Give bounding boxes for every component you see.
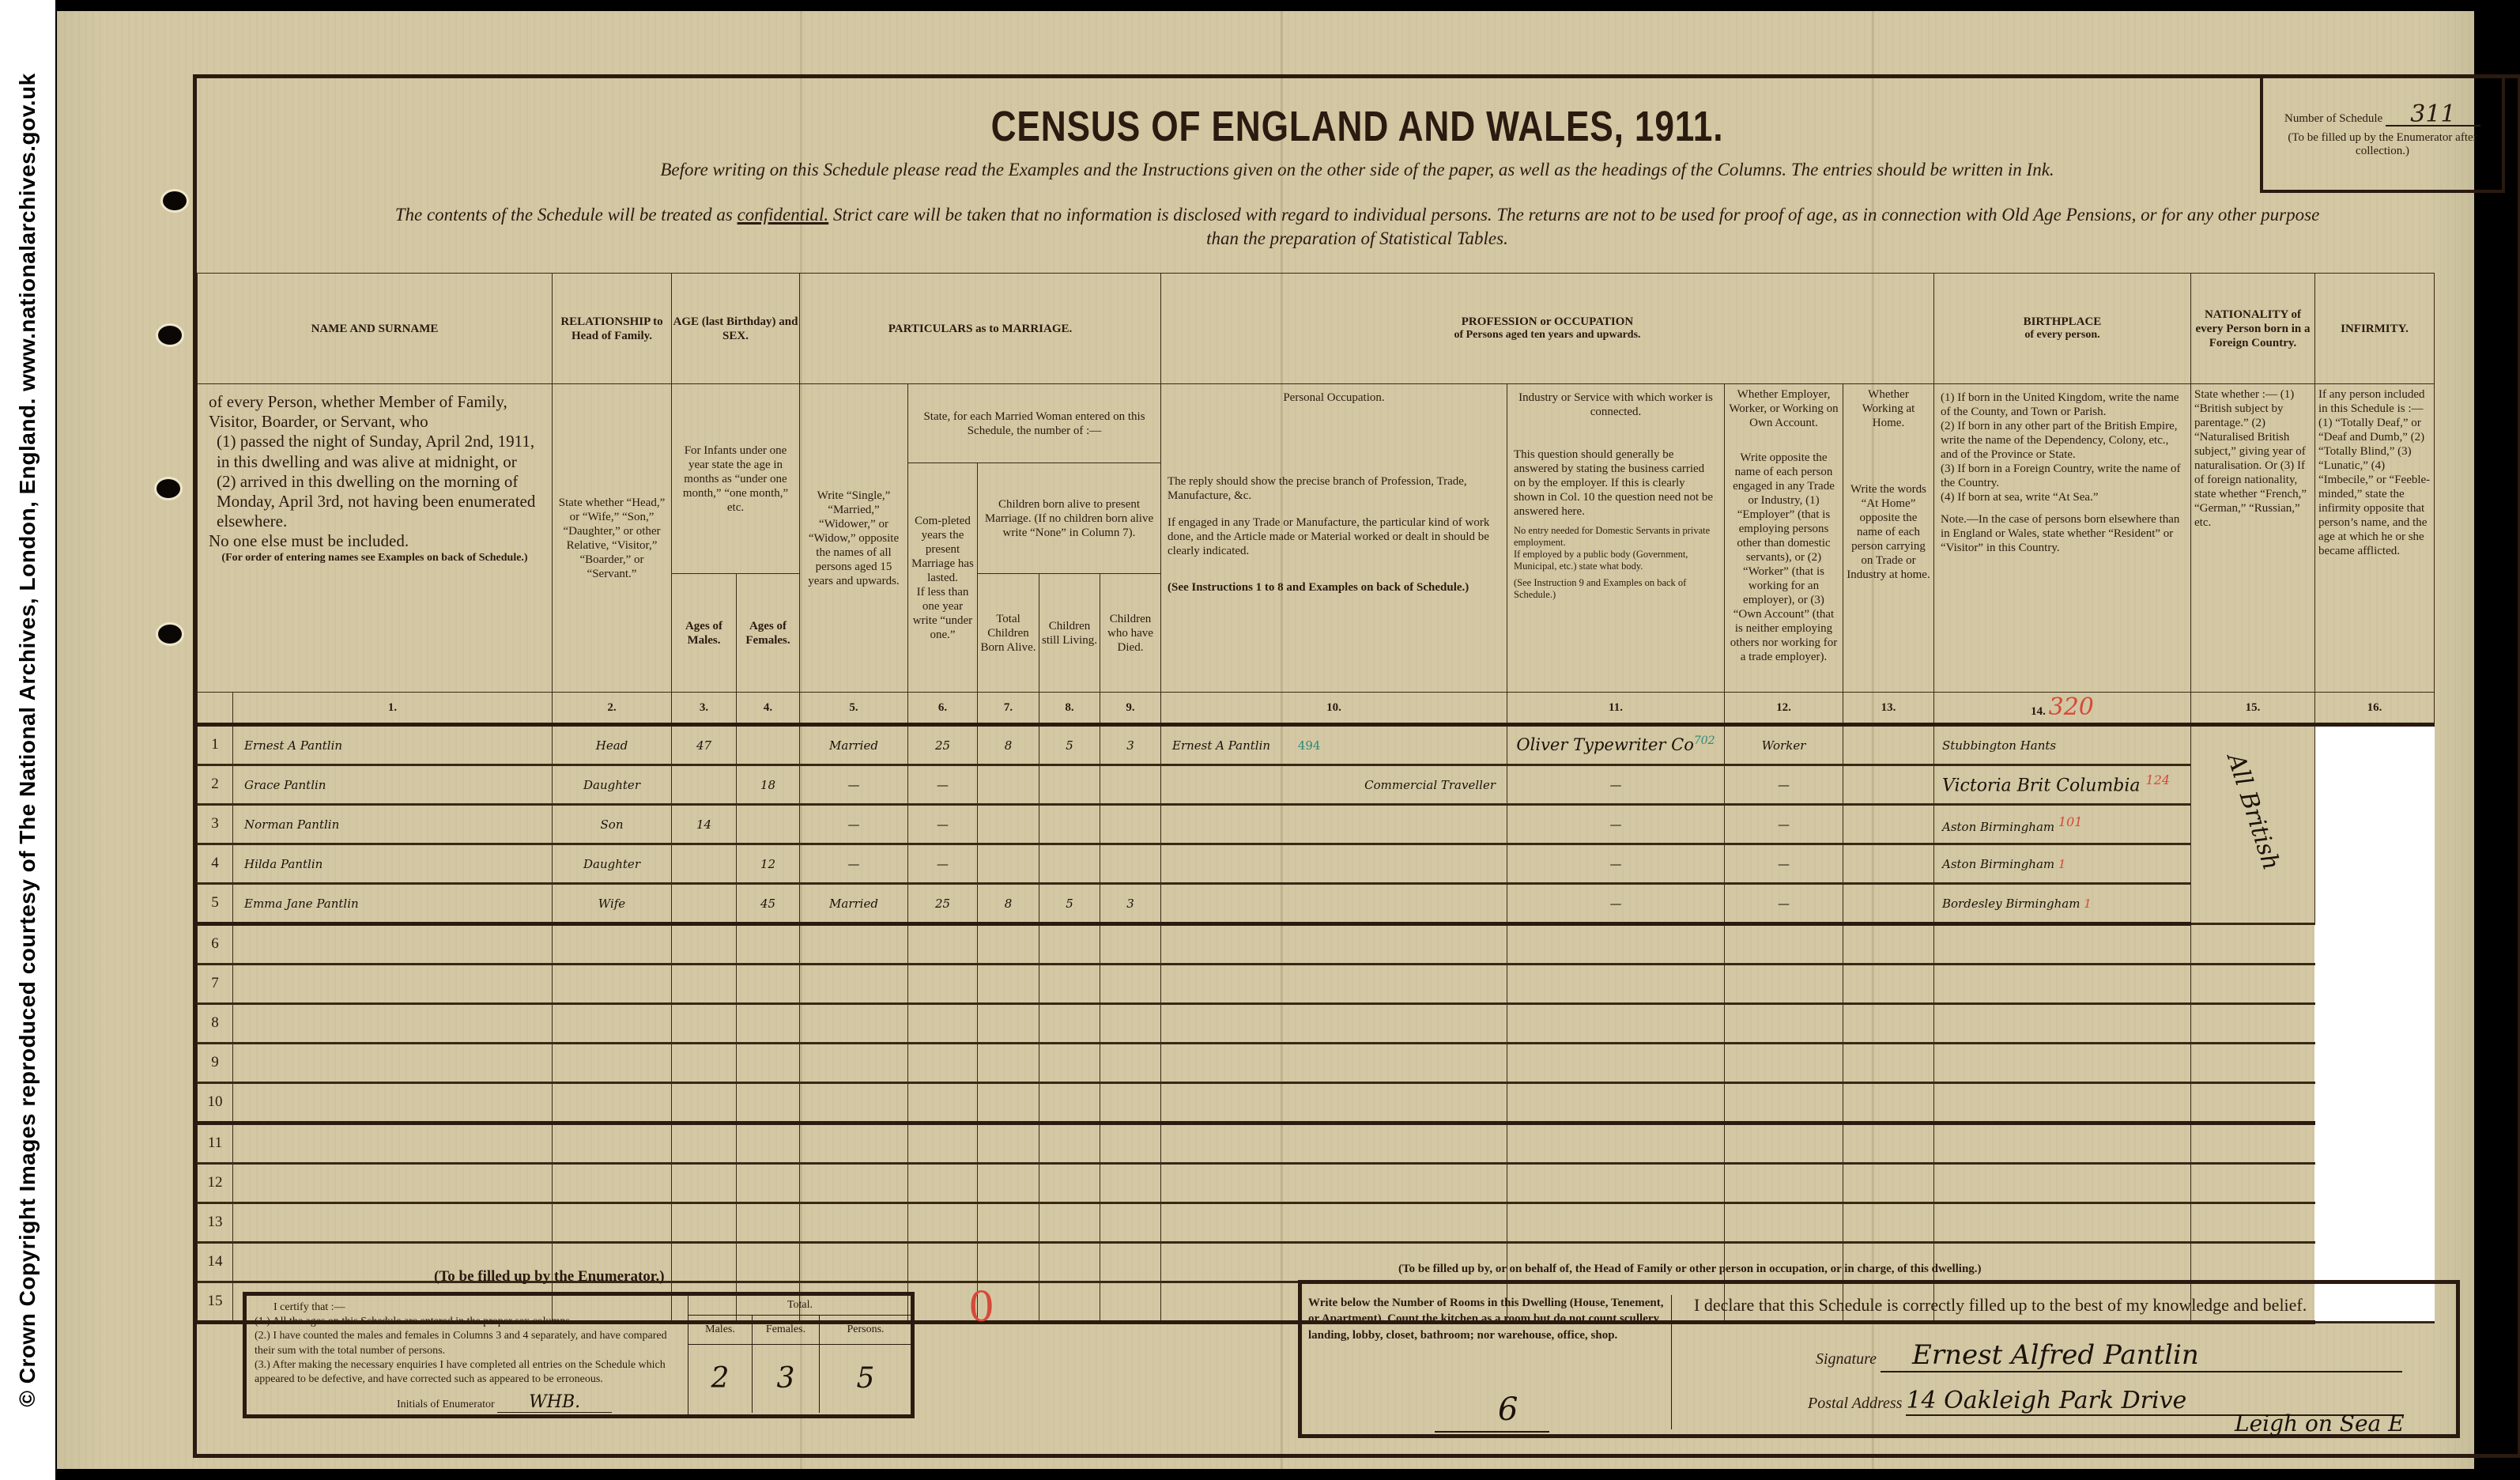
copyright-strip: © Crown Copyright Images reproduced cour… [0, 0, 55, 1480]
employer-cell[interactable]: — [1725, 844, 1843, 884]
desc-children-living: Children still Living. [1039, 574, 1100, 693]
years-married-cell[interactable]: — [908, 805, 978, 844]
home-cell[interactable] [1843, 884, 1934, 924]
desc-nationality: State whether :— (1) “British subject by… [2191, 384, 2315, 693]
punch-hole-icon [158, 326, 182, 345]
table-row: 13 [198, 1203, 2435, 1243]
occupation-cell[interactable]: Ernest A Pantlin 494 [1161, 725, 1507, 765]
desc-infirmity: If any person included in this Schedule … [2315, 384, 2435, 693]
age-female-cell[interactable] [737, 725, 800, 765]
punch-hole-icon [157, 479, 180, 498]
home-cell[interactable] [1843, 844, 1934, 884]
birthplace-code: 101 [2058, 814, 2083, 829]
children-living-cell[interactable] [1039, 805, 1100, 844]
children-living-cell[interactable]: 5 [1039, 725, 1100, 765]
name-cell[interactable] [233, 965, 553, 1004]
name-cell[interactable]: Hilda Pantlin [233, 844, 553, 884]
home-cell[interactable] [1843, 725, 1934, 765]
total-persons[interactable]: 5 [820, 1345, 911, 1413]
condition-cell[interactable]: Married [800, 725, 908, 765]
schedule-frame: CENSUS OF ENGLAND AND WALES, 1911. Befor… [193, 74, 2520, 1458]
industry-cell[interactable]: — [1507, 765, 1725, 805]
name-cell[interactable] [233, 1004, 553, 1044]
children-died-cell[interactable]: 3 [1100, 884, 1161, 924]
children-born-cell[interactable]: 8 [978, 725, 1039, 765]
children-born-cell[interactable] [978, 805, 1039, 844]
total-males[interactable]: 2 [688, 1345, 753, 1413]
desc-children-born: Children born alive to present Marriage.… [978, 463, 1161, 574]
redacted-infirmity-column [2315, 725, 2435, 1323]
table-row: 12 [198, 1164, 2435, 1203]
table-row: 8 [198, 1004, 2435, 1044]
enumerator-initials[interactable]: WHB. [497, 1392, 612, 1413]
total-females[interactable]: 3 [753, 1345, 820, 1413]
relationship-cell[interactable]: Head [553, 725, 672, 765]
relationship-cell[interactable]: Wife [553, 884, 672, 924]
children-died-cell[interactable] [1100, 805, 1161, 844]
table-row: 7 [198, 965, 2435, 1004]
header-birthplace: BIRTHPLACEof every person. [1934, 274, 2191, 384]
name-cell[interactable] [233, 1164, 553, 1203]
condition-cell[interactable]: — [800, 805, 908, 844]
address-field-2[interactable]: Leigh on Sea E [2235, 1410, 2405, 1437]
name-cell[interactable]: Grace Pantlin [233, 765, 553, 805]
column-number-row: 1. 2. 3. 4. 5. 6. 7. 8. 9. 10. 11. 12. 1… [198, 693, 2435, 725]
rooms-instruction: Write below the Number of Rooms in this … [1308, 1295, 1672, 1429]
name-cell[interactable]: Emma Jane Pantlin [233, 884, 553, 924]
name-cell[interactable] [233, 1044, 553, 1083]
table-row: 2 Grace Pantlin Daughter 18 — — Commerci… [198, 765, 2435, 805]
condition-cell[interactable]: Married [800, 884, 908, 924]
punch-hole-icon [158, 625, 182, 644]
table-row: 5 Emma Jane Pantlin Wife 45 Married 25 8… [198, 884, 2435, 924]
desc-industry: Industry or Service with which worker is… [1507, 384, 1725, 693]
age-male-cell[interactable] [672, 844, 737, 884]
desc-ages-males: Ages of Males. [672, 574, 737, 693]
table-row: 3 Norman Pantlin Son 14 — — — — Aston Bi… [198, 805, 2435, 844]
children-died-cell[interactable] [1100, 765, 1161, 805]
desc-condition: Write “Single,” “Married,” “Widower,” or… [800, 384, 908, 693]
employer-cell[interactable]: Worker [1725, 725, 1843, 765]
table-row: 6 [198, 924, 2435, 965]
children-born-cell[interactable]: 8 [978, 884, 1039, 924]
copyright-text: © Crown Copyright Images reproduced cour… [15, 73, 40, 1406]
confidential-text-line2: than the preparation of Statistical Tabl… [197, 228, 2518, 249]
condition-cell[interactable]: — [800, 844, 908, 884]
punch-hole-icon [163, 191, 187, 210]
census-schedule-paper: CENSUS OF ENGLAND AND WALES, 1911. Befor… [57, 11, 2474, 1469]
children-living-cell[interactable] [1039, 765, 1100, 805]
age-male-cell[interactable]: 14 [672, 805, 737, 844]
industry-cell[interactable]: — [1507, 805, 1725, 844]
years-married-cell[interactable]: 25 [908, 725, 978, 765]
occupation-code: 494 [1298, 738, 1321, 753]
age-female-cell[interactable] [737, 805, 800, 844]
header-name: NAME AND SURNAME [198, 274, 553, 384]
name-cell[interactable] [233, 924, 553, 965]
children-living-cell[interactable]: 5 [1039, 884, 1100, 924]
children-living-cell[interactable] [1039, 844, 1100, 884]
employer-cell[interactable]: — [1725, 765, 1843, 805]
page-title: CENSUS OF ENGLAND AND WALES, 1911. [406, 102, 2309, 151]
industry-cell[interactable]: Oliver Typewriter Co702 [1507, 725, 1725, 765]
header-age: AGE (last Birthday) and SEX. [672, 274, 800, 384]
occupation-cell[interactable] [1161, 805, 1507, 844]
home-cell[interactable] [1843, 765, 1934, 805]
birthplace-cell[interactable]: Stubbington Hants [1934, 725, 2191, 765]
totals-table: Total. Males. Females. Persons. 2 3 5 [688, 1296, 911, 1414]
condition-cell[interactable]: — [800, 765, 908, 805]
relationship-cell[interactable]: Son [553, 805, 672, 844]
age-male-cell[interactable] [672, 765, 737, 805]
desc-birthplace: (1) If born in the United Kingdom, write… [1934, 384, 2191, 693]
header-nationality: NATIONALITY of every Person born in a Fo… [2191, 274, 2315, 384]
household-heading: (To be filled up by, or on behalf of, th… [1398, 1263, 1982, 1276]
instruction-text: Before writing on this Schedule please r… [197, 160, 2518, 180]
years-married-cell[interactable]: 25 [908, 884, 978, 924]
birthplace-cell[interactable]: Bordesley Birmingham 1 [1934, 884, 2191, 924]
age-female-cell[interactable]: 12 [737, 844, 800, 884]
desc-children-died: Children who have Died. [1100, 574, 1161, 693]
confidential-word: confidential. [738, 205, 829, 225]
age-male-cell[interactable]: 47 [672, 725, 737, 765]
home-cell[interactable] [1843, 805, 1934, 844]
desc-home: Whether Working at Home. Write the words… [1843, 384, 1934, 693]
occupation-cell[interactable] [1161, 884, 1507, 924]
rooms-count[interactable]: 6 [1435, 1388, 1549, 1433]
employer-cell[interactable]: — [1725, 884, 1843, 924]
industry-code: 702 [1694, 734, 1715, 747]
schedule-number-box: Number of Schedule 311 (To be filled up … [2260, 74, 2505, 193]
header-profession: PROFESSION or OCCUPATIONof Persons aged … [1161, 274, 1934, 384]
desc-total-children: Total Children Born Alive. [978, 574, 1039, 693]
birthplace-annotation: 320 [2049, 693, 2094, 721]
birthplace-cell[interactable]: Aston Birmingham 1 [1934, 844, 2191, 884]
industry-cell[interactable]: — [1507, 884, 1725, 924]
industry-cell[interactable]: — [1507, 844, 1725, 884]
name-cell[interactable]: Norman Pantlin [233, 805, 553, 844]
header-marriage: PARTICULARS as to MARRIAGE. [800, 274, 1161, 384]
relationship-cell[interactable]: Daughter [553, 844, 672, 884]
name-cell[interactable] [233, 1123, 553, 1164]
table-row: 1 Ernest A Pantlin Head 47 Married 25 8 … [198, 725, 2435, 765]
signature-line: Signature Ernest Alfred Pantlin [1816, 1339, 2432, 1372]
nationality-cell[interactable]: All British [2191, 725, 2315, 924]
birthplace-cell[interactable]: Victoria Brit Columbia 124 [1934, 765, 2191, 805]
years-married-cell[interactable]: — [908, 844, 978, 884]
age-male-cell[interactable] [672, 884, 737, 924]
signature-field[interactable]: Ernest Alfred Pantlin [1881, 1339, 2402, 1372]
birthplace-code: 1 [2058, 857, 2066, 871]
relationship-cell[interactable]: Daughter [553, 765, 672, 805]
desc-completed-years: Com-pleted years the present Marriage ha… [908, 463, 978, 693]
name-cell[interactable] [233, 1083, 553, 1123]
employer-cell[interactable]: — [1725, 805, 1843, 844]
declaration-text: I declare that this Schedule is correctl… [1694, 1295, 2307, 1316]
enumerator-certificate-box: I certify that :— (1.) All the ages on t… [243, 1292, 915, 1418]
header-relationship: RELATIONSHIP to Head of Family. [553, 274, 672, 384]
desc-name: of every Person, whether Member of Famil… [198, 384, 553, 693]
name-cell[interactable] [233, 1203, 553, 1243]
desc-personal-occupation: Personal Occupation. The reply should sh… [1161, 384, 1507, 693]
enumerator-heading: (To be filled up by the Enumerator.) [434, 1268, 665, 1286]
birthplace-code: 1 [2084, 897, 2092, 911]
children-born-cell[interactable] [978, 844, 1039, 884]
children-died-cell[interactable] [1100, 844, 1161, 884]
schedule-number-value[interactable]: 311 [2386, 104, 2480, 126]
children-born-cell[interactable] [978, 765, 1039, 805]
desc-age: For Infants under one year state the age… [672, 384, 800, 574]
header-infirmity: INFIRMITY. [2315, 274, 2435, 384]
desc-married-woman: State, for each Married Woman entered on… [908, 384, 1161, 463]
children-died-cell[interactable]: 3 [1100, 725, 1161, 765]
table-row: 9 [198, 1044, 2435, 1083]
age-female-cell[interactable]: 45 [737, 884, 800, 924]
birthplace-code: 124 [2146, 772, 2171, 787]
household-declaration-box: Write below the Number of Rooms in this … [1298, 1280, 2460, 1438]
schedule-number-note: (To be filled up by the Enumerator after… [2263, 131, 2502, 158]
years-married-cell[interactable]: — [908, 765, 978, 805]
confidential-text: The contents of the Schedule will be tre… [197, 205, 2518, 225]
desc-relationship: State whether “Head,” or “Wife,” “Son,” … [553, 384, 672, 693]
table-row: 11 [198, 1123, 2435, 1164]
desc-employer: Whether Employer, Worker, or Working on … [1725, 384, 1843, 693]
occupation-cell[interactable]: Commercial Traveller [1161, 765, 1507, 805]
birthplace-cell[interactable]: Aston Birmingham 101 [1934, 805, 2191, 844]
name-cell[interactable]: Ernest A Pantlin [233, 725, 553, 765]
desc-ages-females: Ages of Females. [737, 574, 800, 693]
red-check-mark: 0 [968, 1284, 994, 1331]
age-female-cell[interactable]: 18 [737, 765, 800, 805]
census-table: NAME AND SURNAME RELATIONSHIP to Head of… [197, 273, 2435, 1324]
table-row: 10 [198, 1083, 2435, 1123]
table-row: 4 Hilda Pantlin Daughter 12 — — — — Asto… [198, 844, 2435, 884]
occupation-cell[interactable] [1161, 844, 1507, 884]
certify-text: I certify that :— (1.) All the ages on t… [255, 1301, 681, 1414]
